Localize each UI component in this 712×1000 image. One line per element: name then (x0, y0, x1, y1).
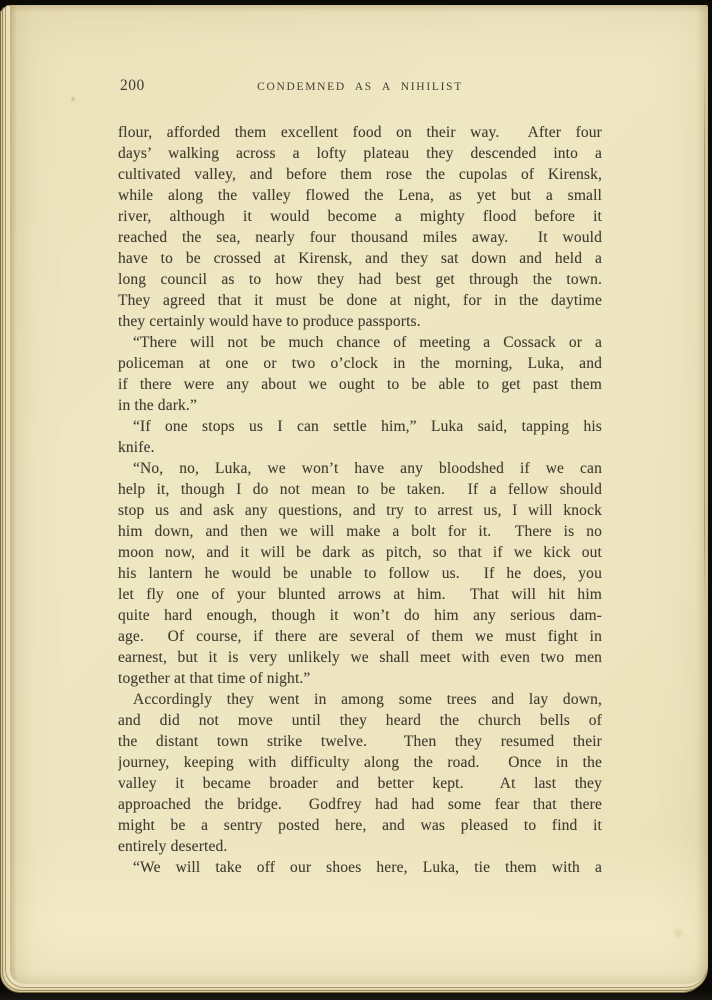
text-line: long council as to how they had best get… (118, 269, 602, 290)
text-line: the distant town strike twelve. Then the… (118, 731, 602, 752)
text-line: moon now, and it will be dark as pitch, … (118, 542, 602, 563)
text-line: help it, though I do not mean to be take… (118, 479, 602, 500)
text-line: knife. (118, 437, 602, 458)
text-line: “If one stops us I can settle him,” Luka… (118, 416, 602, 437)
book-page: 200 CONDEMNED AS A NIHILIST flour, affor… (10, 5, 708, 984)
text-line: stop us and ask any questions, and try t… (118, 500, 602, 521)
text-line: age. Of course, if there are several of … (118, 626, 602, 647)
text-line: river, although it would become a mighty… (118, 206, 602, 227)
text-line: together at that time of night.” (118, 668, 602, 689)
text-line: “There will not be much chance of meetin… (118, 332, 602, 353)
text-line: “We will take off our shoes here, Luka, … (118, 857, 602, 878)
text-line: quite hard enough, though it won’t do hi… (118, 605, 602, 626)
text-line: Accordingly they went in among some tree… (118, 689, 602, 710)
text-line: his lantern he would be unable to follow… (118, 563, 602, 584)
text-line: him down, and then we will make a bolt f… (118, 521, 602, 542)
text-line: valley it became broader and better kept… (118, 773, 602, 794)
text-line: approached the bridge. Godfrey had had s… (118, 794, 602, 815)
text-line: days’ walking across a lofty plateau the… (118, 143, 602, 164)
page-body: flour, afforded them excellent food on t… (118, 122, 602, 878)
text-line: earnest, but it is very unlikely we shal… (118, 647, 602, 668)
text-line: in the dark.” (118, 395, 602, 416)
text-line: might be a sentry posted here, and was p… (118, 815, 602, 836)
scanned-book-photo: { "window": { "background_color": "#0b0a… (0, 0, 712, 1000)
text-line: policeman at one or two o’clock in the m… (118, 353, 602, 374)
text-line: “No, no, Luka, we won’t have any bloodsh… (118, 458, 602, 479)
text-line: flour, afforded them excellent food on t… (118, 122, 602, 143)
text-line: if there were any about we ought to be a… (118, 374, 602, 395)
text-line: have to be crossed at Kirensk, and they … (118, 248, 602, 269)
running-title: CONDEMNED AS A NIHILIST (118, 81, 602, 93)
text-line: cultivated valley, and before them rose … (118, 164, 602, 185)
text-line: let fly one of your blunted arrows at hi… (118, 584, 602, 605)
text-line: entirely deserted. (118, 836, 602, 857)
text-line: while along the valley flowed the Lena, … (118, 185, 602, 206)
text-line: reached the sea, nearly four thousand mi… (118, 227, 602, 248)
running-head: 200 CONDEMNED AS A NIHILIST (118, 77, 602, 99)
text-line: they certainly would have to produce pas… (118, 311, 602, 332)
text-line: and did not move until they heard the ch… (118, 710, 602, 731)
text-line: journey, keeping with difficulty along t… (118, 752, 602, 773)
text-line: They agreed that it must be done at nigh… (118, 290, 602, 311)
page-crease (704, 65, 705, 605)
